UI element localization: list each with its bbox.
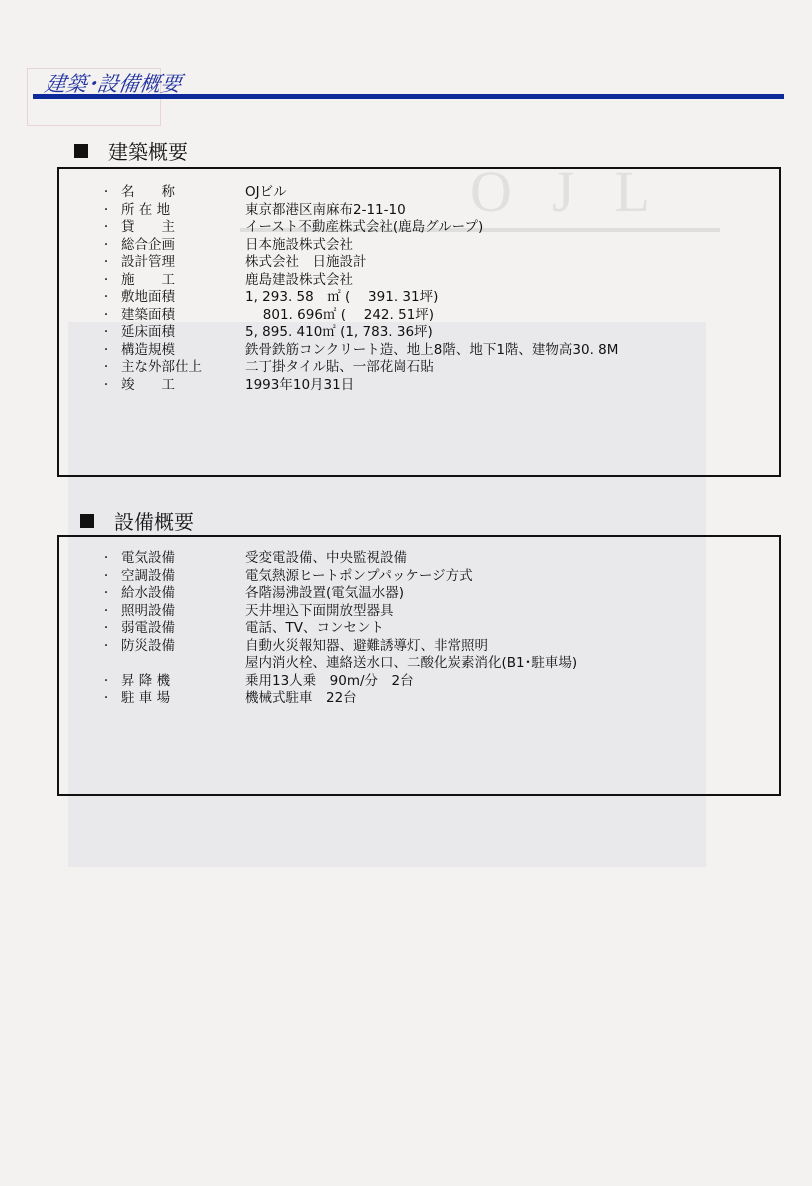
list-item: ・ 総合企画 日本施設株式会社 bbox=[101, 237, 353, 255]
bullet-icon: ・ bbox=[101, 254, 121, 272]
item-label: 電気設備 bbox=[121, 550, 245, 568]
bullet-icon: ・ bbox=[101, 237, 121, 255]
item-value: 801. 696㎡ ( 242. 51坪) bbox=[245, 307, 434, 325]
item-value: 機械式駐車 22台 bbox=[245, 690, 357, 708]
item-value: 1, 293. 58 ㎡ ( 391. 31坪) bbox=[245, 289, 438, 307]
item-label: 昇 降 機 bbox=[121, 673, 245, 691]
item-label: 所 在 地 bbox=[121, 202, 245, 220]
item-value: 二丁掛タイル貼、一部花崗石貼 bbox=[245, 359, 434, 377]
list-item: ・ 延床面積 5, 895. 410㎡ (1, 783. 36坪) bbox=[101, 324, 433, 342]
item-value: 5, 895. 410㎡ (1, 783. 36坪) bbox=[245, 324, 433, 342]
list-item: ・ 昇 降 機 乗用13人乗 90m/分 2台 bbox=[101, 673, 414, 691]
bullet-icon: ・ bbox=[101, 342, 121, 360]
item-value: 株式会社 日施設計 bbox=[245, 254, 367, 272]
item-value: イースト不動産株式会社(鹿島グループ) bbox=[245, 219, 483, 237]
item-value: 電気熱源ヒートポンプパッケージ方式 bbox=[245, 568, 473, 586]
item-label: 延床面積 bbox=[121, 324, 245, 342]
bullet-icon: ・ bbox=[101, 620, 121, 638]
section-heading-equipment: 設備概要 bbox=[80, 506, 194, 535]
item-value: 鹿島建設株式会社 bbox=[245, 272, 353, 290]
list-item: ・ 竣 工 1993年10月31日 bbox=[101, 377, 354, 395]
list-item: ・ 電気設備 受変電設備、中央監視設備 bbox=[101, 550, 407, 568]
list-item: ・ 構造規模 鉄骨鉄筋コンクリート造、地上8階、地下1階、建物高30. 8M bbox=[101, 342, 618, 360]
architecture-summary-box: ・ 名 称 OJビル ・ 所 在 地 東京都港区南麻布2-11-10 ・ 貸 主… bbox=[57, 167, 781, 477]
section-heading-architecture: 建築概要 bbox=[74, 136, 188, 165]
item-label: 施 工 bbox=[121, 272, 245, 290]
item-value: 受変電設備、中央監視設備 bbox=[245, 550, 407, 568]
title-rule bbox=[33, 94, 784, 99]
bullet-icon: ・ bbox=[101, 219, 121, 237]
list-item: ・ 設計管理 株式会社 日施設計 bbox=[101, 254, 367, 272]
list-item: ・ 貸 主 イースト不動産株式会社(鹿島グループ) bbox=[101, 219, 483, 237]
item-label: 構造規模 bbox=[121, 342, 245, 360]
list-item: ・ 給水設備 各階湯沸設置(電気温水器) bbox=[101, 585, 404, 603]
item-value: 日本施設株式会社 bbox=[245, 237, 353, 255]
list-item: ・ 建築面積 801. 696㎡ ( 242. 51坪) bbox=[101, 307, 434, 325]
item-label: 建築面積 bbox=[121, 307, 245, 325]
item-label: 空調設備 bbox=[121, 568, 245, 586]
bullet-icon: ・ bbox=[101, 603, 121, 621]
bullet-icon: ・ bbox=[101, 359, 121, 377]
item-value: 天井埋込下面開放型器具 bbox=[245, 603, 394, 621]
list-item: ・ 空調設備 電気熱源ヒートポンプパッケージ方式 bbox=[101, 568, 473, 586]
bullet-icon: ・ bbox=[101, 673, 121, 691]
equipment-summary-box: ・ 電気設備 受変電設備、中央監視設備 ・ 空調設備 電気熱源ヒートポンプパッケ… bbox=[57, 535, 781, 796]
item-value: 乗用13人乗 90m/分 2台 bbox=[245, 673, 414, 691]
section-heading-text: 建築概要 bbox=[108, 136, 188, 165]
item-label: 総合企画 bbox=[121, 237, 245, 255]
bullet-icon: ・ bbox=[101, 202, 121, 220]
item-label: 敷地面積 bbox=[121, 289, 245, 307]
square-bullet-icon bbox=[80, 514, 94, 528]
list-item: ・ 敷地面積 1, 293. 58 ㎡ ( 391. 31坪) bbox=[101, 289, 438, 307]
item-label: 照明設備 bbox=[121, 603, 245, 621]
square-bullet-icon bbox=[74, 144, 88, 158]
item-label: 主な外部仕上 bbox=[121, 359, 245, 377]
list-item: ・ 施 工 鹿島建設株式会社 bbox=[101, 272, 353, 290]
section-heading-text: 設備概要 bbox=[114, 506, 194, 535]
item-value: 各階湯沸設置(電気温水器) bbox=[245, 585, 404, 603]
list-item: ・ 弱電設備 電話、TV、コンセント bbox=[101, 620, 384, 638]
bullet-icon: ・ bbox=[101, 690, 121, 708]
item-value: 鉄骨鉄筋コンクリート造、地上8階、地下1階、建物高30. 8M bbox=[245, 342, 618, 360]
item-label: 駐 車 場 bbox=[121, 690, 245, 708]
bullet-icon: ・ bbox=[101, 289, 121, 307]
list-item: ・ 名 称 OJビル bbox=[101, 184, 287, 202]
list-item: ・ 照明設備 天井埋込下面開放型器具 bbox=[101, 603, 394, 621]
bullet-icon: ・ bbox=[101, 638, 121, 656]
bullet-icon: ・ bbox=[101, 272, 121, 290]
item-value: 東京都港区南麻布2-11-10 bbox=[245, 202, 406, 220]
list-item: ・ 駐 車 場 機械式駐車 22台 bbox=[101, 690, 357, 708]
item-label: 設計管理 bbox=[121, 254, 245, 272]
item-label: 名 称 bbox=[121, 184, 245, 202]
bullet-icon: ・ bbox=[101, 184, 121, 202]
item-label: 給水設備 bbox=[121, 585, 245, 603]
bullet-icon: ・ bbox=[101, 568, 121, 586]
item-value: 1993年10月31日 bbox=[245, 377, 354, 395]
bullet-icon: ・ bbox=[101, 585, 121, 603]
list-item: ・ 主な外部仕上 二丁掛タイル貼、一部花崗石貼 bbox=[101, 359, 434, 377]
list-item: ・ 所 在 地 東京都港区南麻布2-11-10 bbox=[101, 202, 406, 220]
item-value: 自動火災報知器、避難誘導灯、非常照明 bbox=[245, 638, 488, 656]
item-label: 防災設備 bbox=[121, 638, 245, 656]
item-label: 弱電設備 bbox=[121, 620, 245, 638]
list-item: ・ 防災設備 自動火災報知器、避難誘導灯、非常照明 bbox=[101, 638, 488, 656]
bullet-icon: ・ bbox=[101, 324, 121, 342]
bullet-icon: ・ bbox=[101, 377, 121, 395]
bullet-icon: ・ bbox=[101, 550, 121, 568]
item-value: 電話、TV、コンセント bbox=[245, 620, 384, 638]
item-value: OJビル bbox=[245, 184, 287, 202]
item-label: 竣 工 bbox=[121, 377, 245, 395]
item-label: 貸 主 bbox=[121, 219, 245, 237]
item-value-continuation: 屋内消火栓、連絡送水口、二酸化炭素消化(B1･駐車場) bbox=[245, 655, 577, 673]
bullet-icon: ・ bbox=[101, 307, 121, 325]
